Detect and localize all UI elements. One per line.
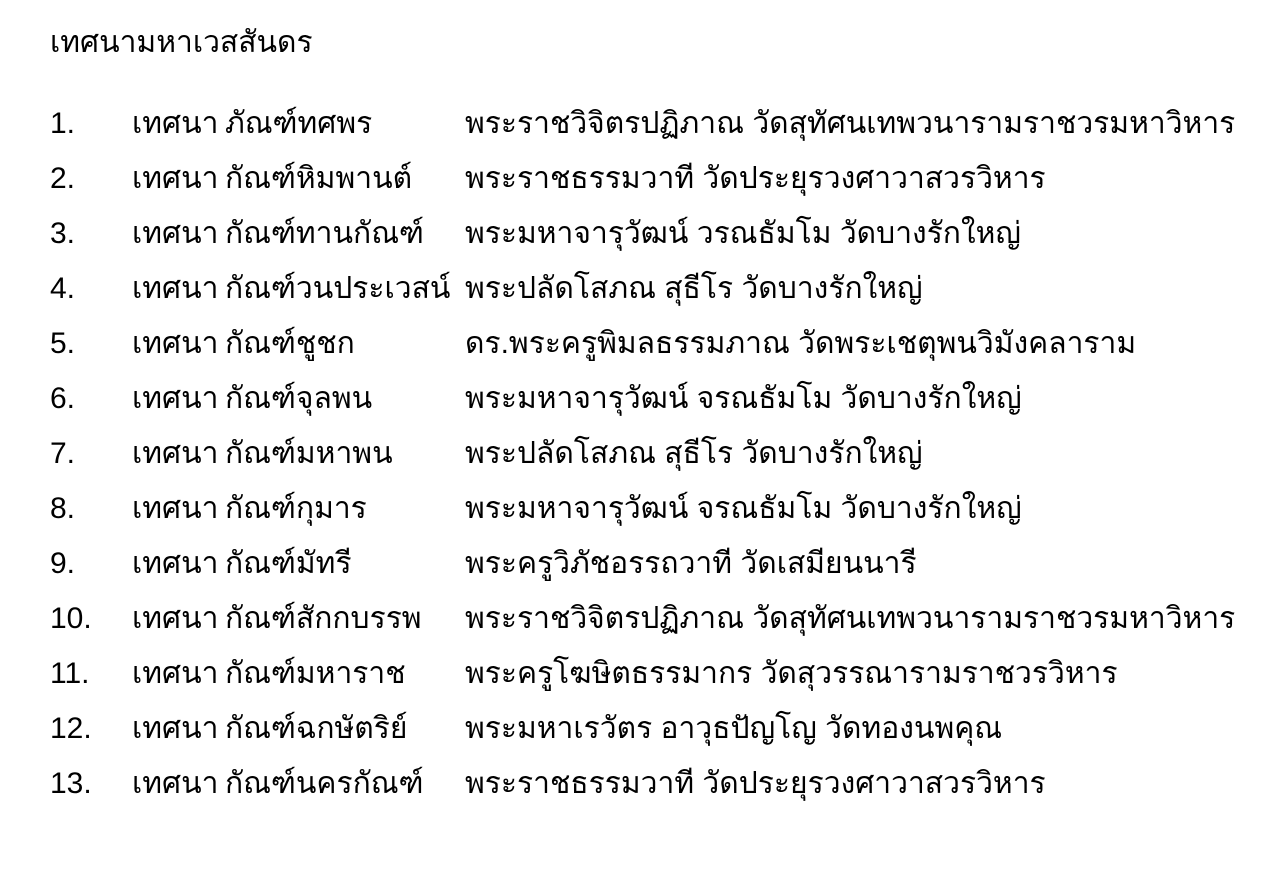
item-number: 13.: [50, 767, 132, 801]
list-item: 3. เทศนา กัณฑ์ทานกัณฑ์ พระมหาจารุวัฒน์ ว…: [50, 206, 1266, 261]
list-item: 1. เทศนา ภัณฑ์ทศพร พระราชวิจิตรปฏิภาณ วั…: [50, 96, 1266, 151]
item-sermon-label: เทศนา: [132, 100, 225, 147]
item-sermon-label: เทศนา: [132, 760, 225, 807]
item-sermon-label: เทศนา: [132, 595, 225, 642]
item-chapter-name: กัณฑ์ทานกัณฑ์: [225, 210, 465, 257]
item-chapter-name: กัณฑ์ฉกษัตริย์: [225, 705, 465, 752]
item-chapter-name: ภัณฑ์ทศพร: [225, 100, 465, 147]
sermon-list: 1. เทศนา ภัณฑ์ทศพร พระราชวิจิตรปฏิภาณ วั…: [50, 96, 1266, 811]
item-chapter-name: กัณฑ์สักกบรรพ: [225, 595, 465, 642]
list-item: 5. เทศนา กัณฑ์ชูชก ดร.พระครูพิมลธรรมภาณ …: [50, 316, 1266, 371]
list-item: 2. เทศนา กัณฑ์หิมพานต์ พระราชธรรมวาที วั…: [50, 151, 1266, 206]
item-preacher-and-temple: พระราชธรรมวาที วัดประยุรวงศาวาสวรวิหาร: [465, 155, 1266, 202]
item-preacher-and-temple: พระมหาเรวัตร อาวุธปัญโญ วัดทองนพคุณ: [465, 705, 1266, 752]
item-chapter-name: กัณฑ์มหาพน: [225, 430, 465, 477]
item-preacher-and-temple: ดร.พระครูพิมลธรรมภาณ วัดพระเชตุพนวิมังคล…: [465, 320, 1266, 367]
item-preacher-and-temple: พระปลัดโสภณ สุธีโร วัดบางรักใหญ่: [465, 430, 1266, 477]
item-preacher-and-temple: พระครูโฆษิตธรรมากร วัดสุวรรณารามราชวรวิห…: [465, 650, 1266, 697]
item-chapter-name: กัณฑ์ชูชก: [225, 320, 465, 367]
list-item: 9. เทศนา กัณฑ์มัทรี พระครูวิภัชอรรถวาที …: [50, 536, 1266, 591]
item-preacher-and-temple: พระมหาจารุวัฒน์ วรณธัมโม วัดบางรักใหญ่: [465, 210, 1266, 257]
item-sermon-label: เทศนา: [132, 705, 225, 752]
list-item: 12. เทศนา กัณฑ์ฉกษัตริย์ พระมหาเรวัตร อา…: [50, 701, 1266, 756]
item-number: 6.: [50, 382, 132, 416]
list-item: 7. เทศนา กัณฑ์มหาพน พระปลัดโสภณ สุธีโร ว…: [50, 426, 1266, 481]
item-chapter-name: กัณฑ์หิมพานต์: [225, 155, 465, 202]
item-preacher-and-temple: พระปลัดโสภณ สุธีโร วัดบางรักใหญ่: [465, 265, 1266, 312]
list-item: 6. เทศนา กัณฑ์จุลพน พระมหาจารุวัฒน์ จรณธ…: [50, 371, 1266, 426]
item-sermon-label: เทศนา: [132, 540, 225, 587]
item-number: 5.: [50, 327, 132, 361]
item-sermon-label: เทศนา: [132, 210, 225, 257]
list-item: 4. เทศนา กัณฑ์วนประเวสน์ พระปลัดโสภณ สุธ…: [50, 261, 1266, 316]
item-number: 8.: [50, 492, 132, 526]
item-preacher-and-temple: พระราชธรรมวาที วัดประยุรวงศาวาสวรวิหาร: [465, 760, 1266, 807]
item-chapter-name: กัณฑ์วนประเวสน์: [225, 265, 465, 312]
item-sermon-label: เทศนา: [132, 650, 225, 697]
document-page: เทศนามหาเวสสันดร 1. เทศนา ภัณฑ์ทศพร พระร…: [0, 0, 1286, 874]
item-number: 1.: [50, 107, 132, 141]
list-item: 11. เทศนา กัณฑ์มหาราช พระครูโฆษิตธรรมากร…: [50, 646, 1266, 701]
item-preacher-and-temple: พระมหาจารุวัฒน์ จรณธัมโม วัดบางรักใหญ่: [465, 375, 1266, 422]
item-preacher-and-temple: พระครูวิภัชอรรถวาที วัดเสมียนนารี: [465, 540, 1266, 587]
item-sermon-label: เทศนา: [132, 375, 225, 422]
item-chapter-name: กัณฑ์มัทรี: [225, 540, 465, 587]
item-preacher-and-temple: พระราชวิจิตรปฏิภาณ วัดสุทัศนเทพวนารามราช…: [465, 100, 1266, 147]
item-sermon-label: เทศนา: [132, 320, 225, 367]
item-number: 11.: [50, 657, 132, 691]
item-sermon-label: เทศนา: [132, 155, 225, 202]
item-number: 2.: [50, 162, 132, 196]
list-item: 10. เทศนา กัณฑ์สักกบรรพ พระราชวิจิตรปฏิภ…: [50, 591, 1266, 646]
page-title: เทศนามหาเวสสันดร: [50, 16, 1266, 70]
list-item: 13. เทศนา กัณฑ์นครกัณฑ์ พระราชธรรมวาที ว…: [50, 756, 1266, 811]
item-chapter-name: กัณฑ์มหาราช: [225, 650, 465, 697]
item-sermon-label: เทศนา: [132, 485, 225, 532]
item-number: 12.: [50, 712, 132, 746]
item-number: 4.: [50, 272, 132, 306]
item-chapter-name: กัณฑ์จุลพน: [225, 375, 465, 422]
item-number: 7.: [50, 437, 132, 471]
item-sermon-label: เทศนา: [132, 430, 225, 477]
list-item: 8. เทศนา กัณฑ์กุมาร พระมหาจารุวัฒน์ จรณธ…: [50, 481, 1266, 536]
item-preacher-and-temple: พระมหาจารุวัฒน์ จรณธัมโม วัดบางรักใหญ่: [465, 485, 1266, 532]
item-number: 9.: [50, 547, 132, 581]
item-chapter-name: กัณฑ์กุมาร: [225, 485, 465, 532]
item-preacher-and-temple: พระราชวิจิตรปฏิภาณ วัดสุทัศนเทพวนารามราช…: [465, 595, 1266, 642]
item-number: 10.: [50, 602, 132, 636]
item-number: 3.: [50, 217, 132, 251]
item-sermon-label: เทศนา: [132, 265, 225, 312]
item-chapter-name: กัณฑ์นครกัณฑ์: [225, 760, 465, 807]
